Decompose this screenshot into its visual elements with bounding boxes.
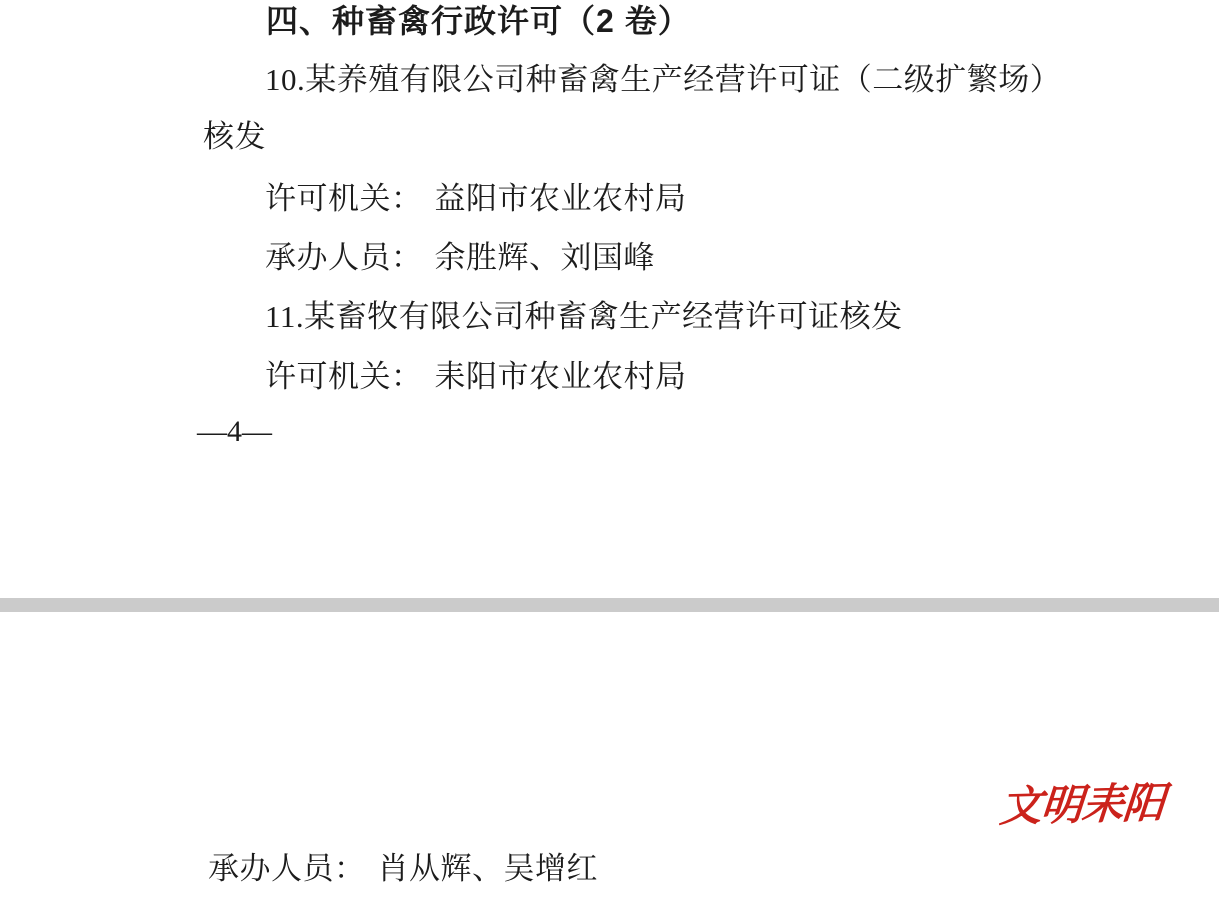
handlers-field-label: 承办人员： xyxy=(208,851,366,886)
document-page-2: 文明耒阳 承办人员：肖从辉、吴增红 xyxy=(0,0,1219,910)
document-viewer: 四、种畜禽行政许可（2 卷） 10.某养殖有限公司种畜禽生产经营许可证（二级扩繁… xyxy=(0,0,1219,910)
red-calligraphy-stamp: 文明耒阳 xyxy=(998,778,1166,832)
entry-handlers-row: 承办人员：肖从辉、吴增红 xyxy=(208,851,598,887)
handlers-field-value: 肖从辉、吴增红 xyxy=(378,851,599,886)
